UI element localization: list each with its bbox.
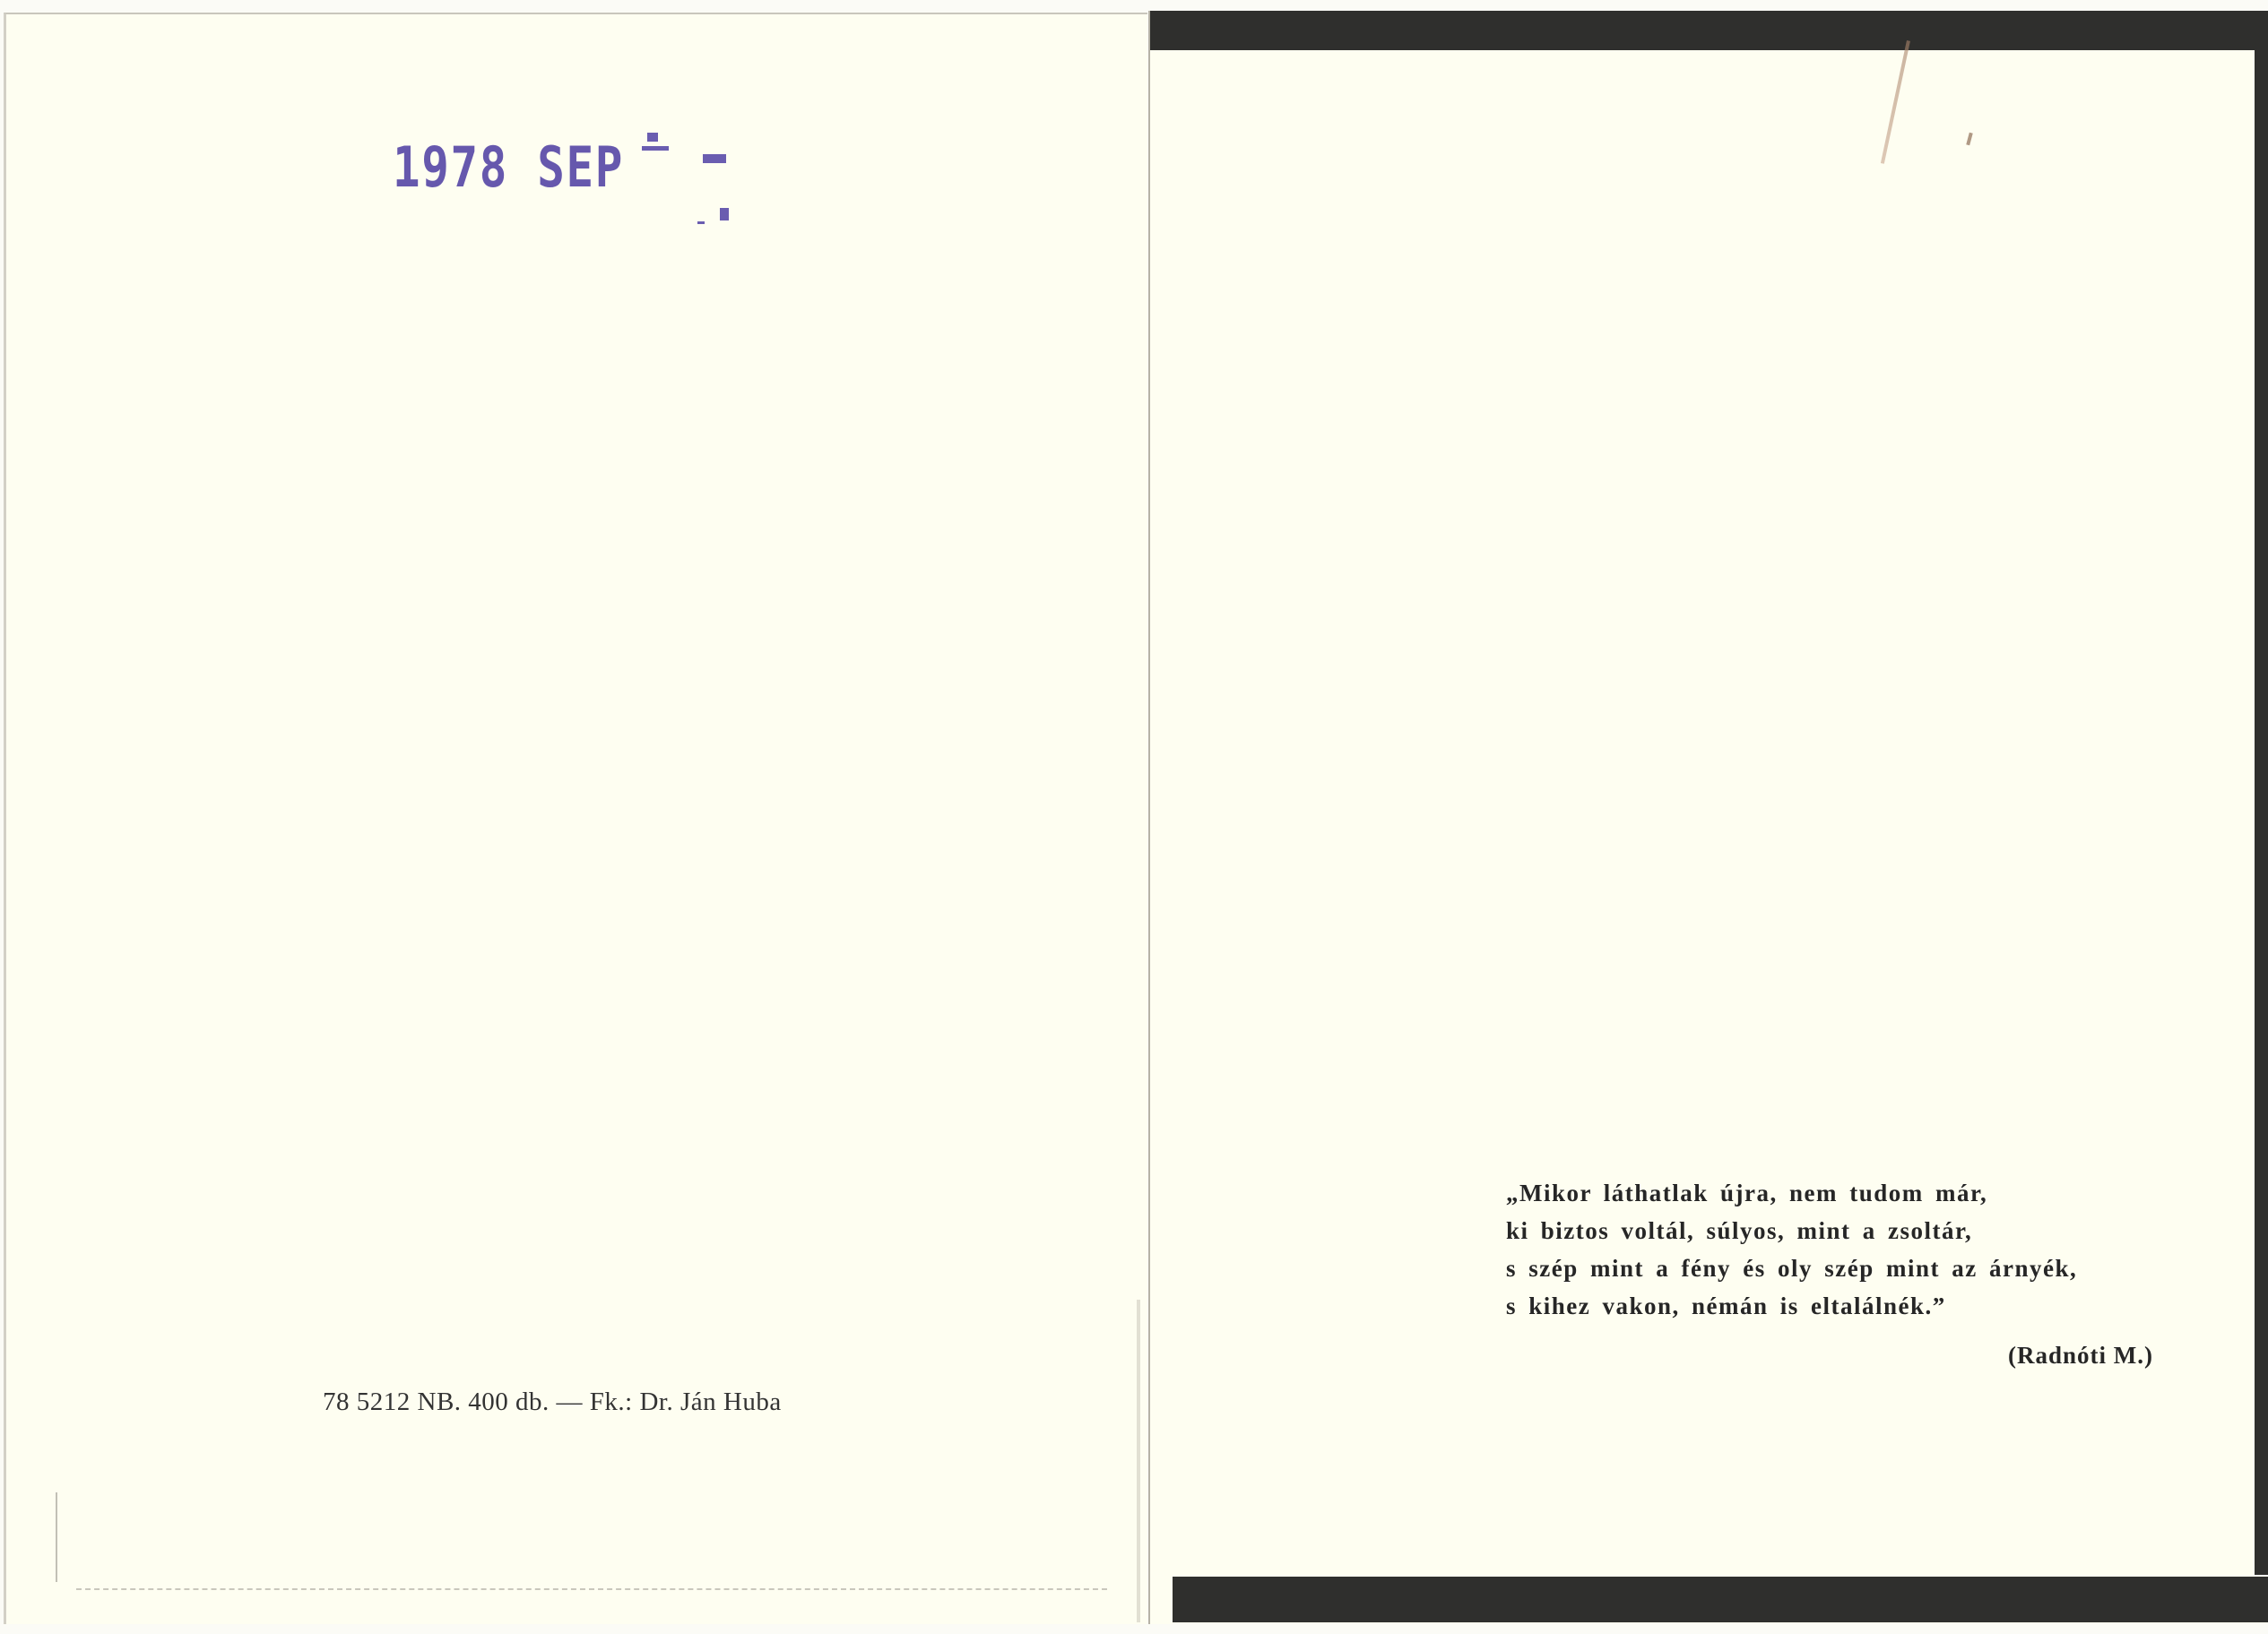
left-page-bottom-fold — [76, 1588, 1107, 1590]
mourning-border-bottom — [1173, 1577, 2268, 1622]
poem-line: s szép mint a fény és oly szép mint az á… — [1506, 1249, 2196, 1287]
printer-imprint: 78 5212 NB. 400 db. — Fk.: Dr. Ján Huba — [323, 1388, 782, 1417]
poem-line: „Mikor láthatlak újra, nem tudom már, — [1506, 1174, 2196, 1212]
mourning-border-top — [1150, 11, 2268, 50]
poem-quote: „Mikor láthatlak újra, nem tudom már, ki… — [1506, 1174, 2196, 1325]
left-page — [4, 13, 1147, 1624]
right-page — [1150, 11, 2268, 1624]
fold-wear — [1137, 1300, 1140, 1622]
stamp-smudge — [642, 146, 669, 151]
left-page-worn-edge — [56, 1492, 57, 1582]
scanned-card: 1978 SEP 78 5212 NB. 400 db. — Fk.: Dr. … — [0, 0, 2268, 1634]
poem-line: s kihez vakon, némán is eltalálnék.” — [1506, 1287, 2196, 1325]
center-fold — [1148, 11, 1150, 1624]
stamp-smudge — [703, 154, 726, 163]
stamp-smudge — [697, 221, 705, 224]
poem-attribution: (Radnóti M.) — [2008, 1342, 2153, 1370]
stamp-smudge — [647, 133, 658, 142]
date-stamp: 1978 SEP — [393, 134, 624, 200]
stamp-smudge — [720, 208, 729, 220]
poem-line: ki biztos voltál, súlyos, mint a zsoltár… — [1506, 1212, 2196, 1249]
mourning-border-right — [2255, 38, 2268, 1575]
